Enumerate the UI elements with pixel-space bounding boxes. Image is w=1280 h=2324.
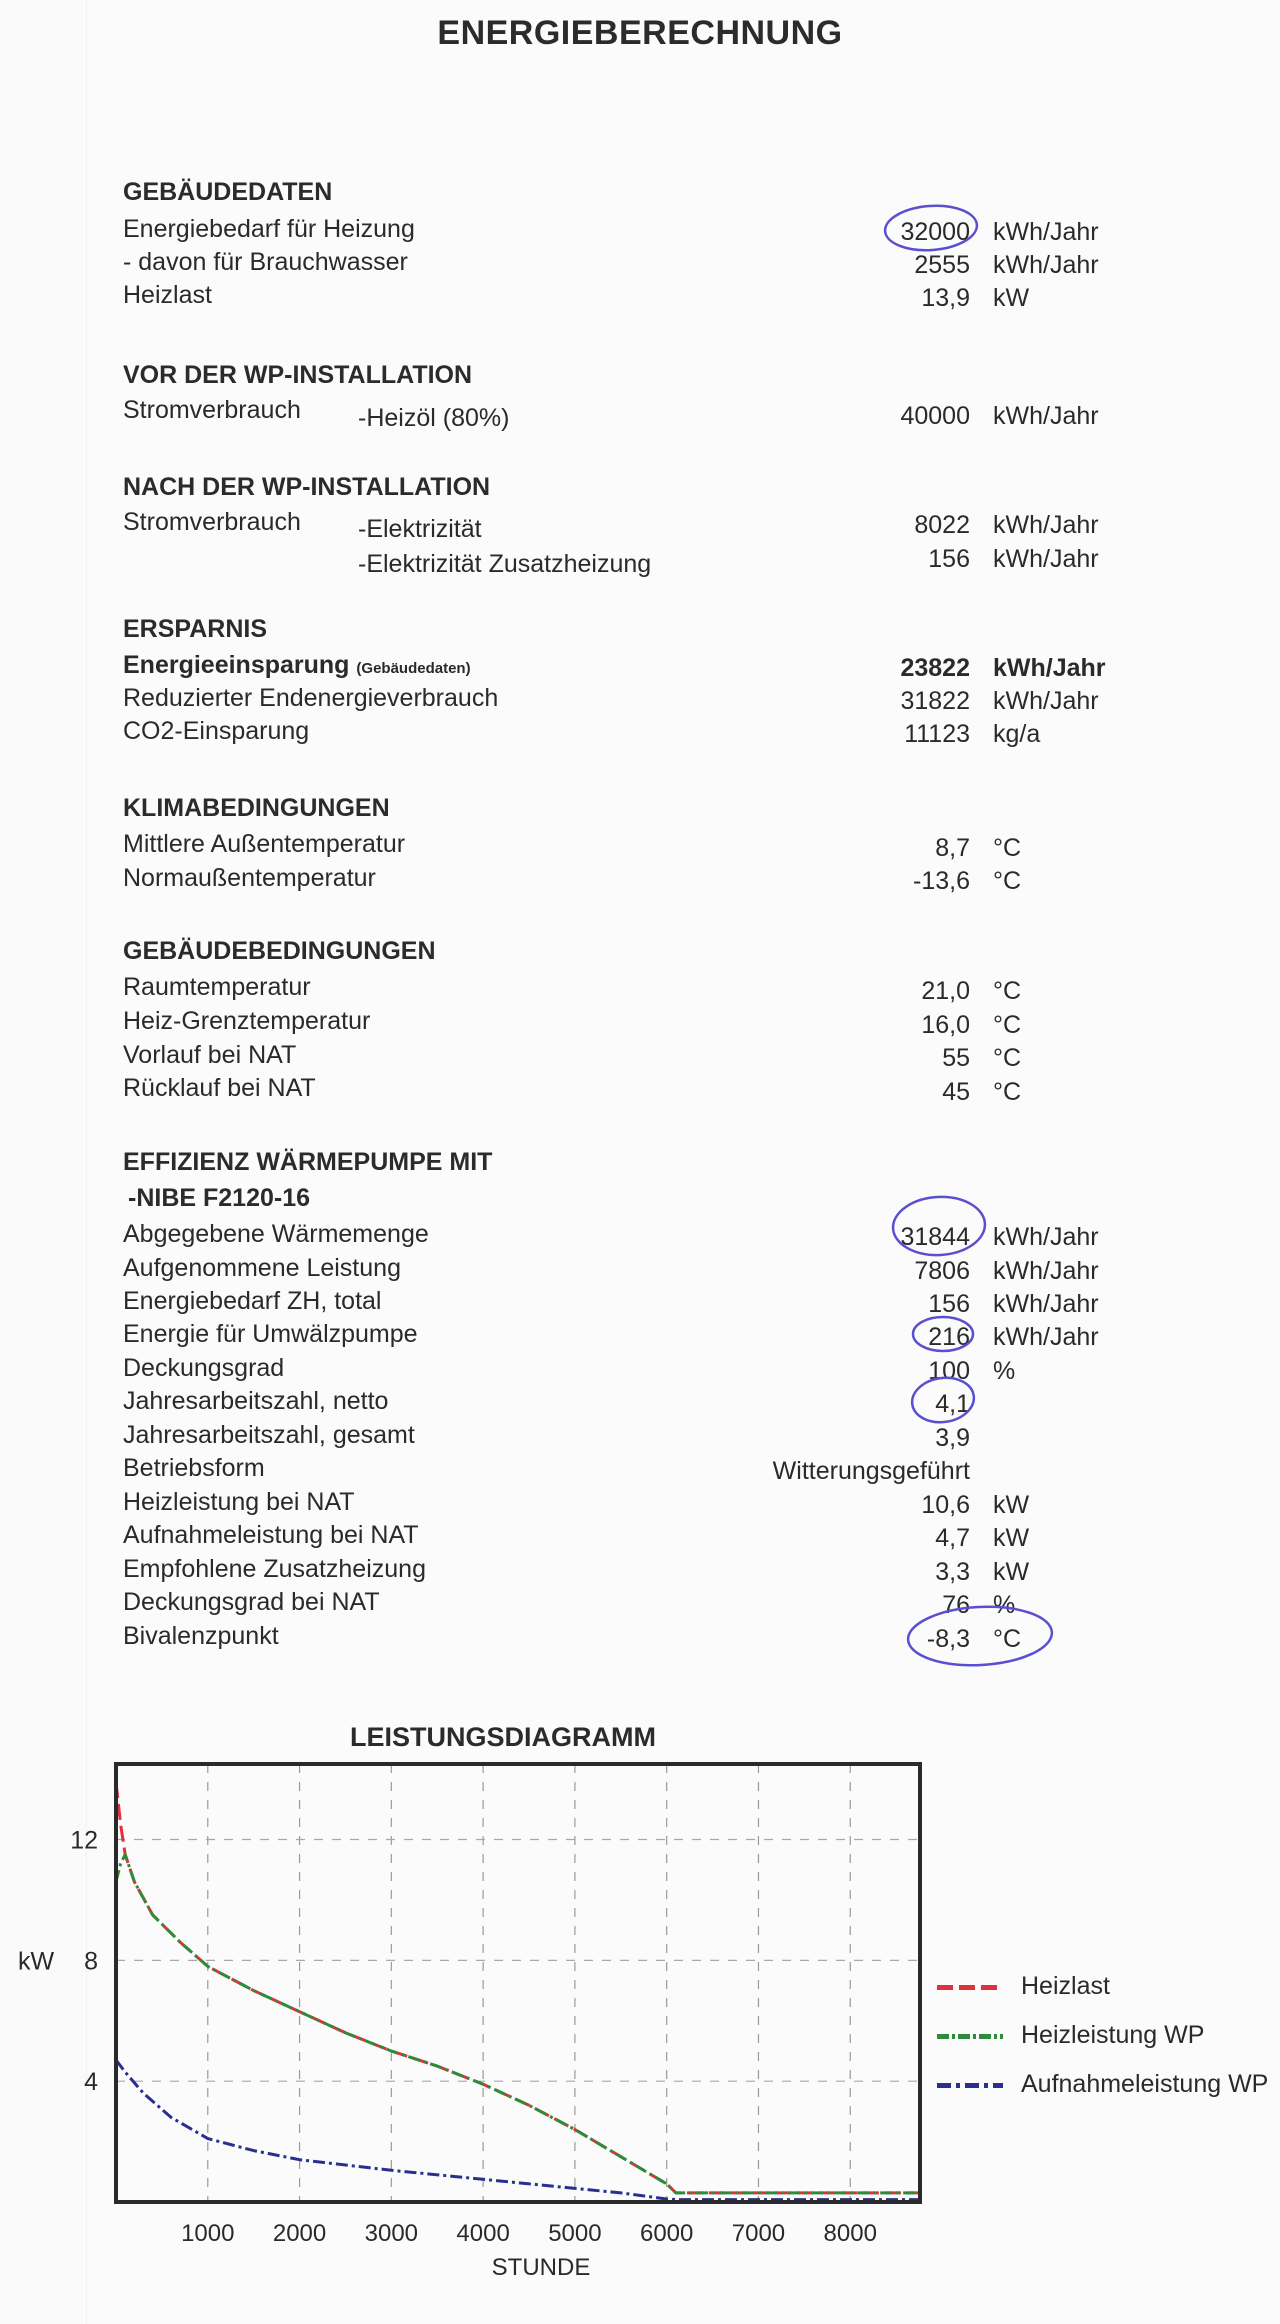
row-value: Witterungsgeführt bbox=[773, 1457, 970, 1486]
svg-text:5000: 5000 bbox=[548, 2220, 601, 2247]
legend-item-aufnahmeleistung: Aufnahmeleistung WP bbox=[937, 2070, 1268, 2099]
row-value: 32000 bbox=[900, 218, 970, 247]
row-value: 4,7 bbox=[935, 1524, 970, 1553]
row-value: -13,6 bbox=[913, 867, 970, 896]
heat-pump-model: -NIBE F2120-16 bbox=[128, 1184, 310, 1213]
row-unit: kW bbox=[993, 284, 1029, 313]
row-label: Abgegebene Wärmemenge bbox=[123, 1220, 429, 1249]
row-value: 23822 bbox=[900, 654, 970, 683]
row-value: 21,0 bbox=[921, 977, 970, 1006]
section-heading-gebaeudebedingungen: GEBÄUDEBEDINGUNGEN bbox=[123, 937, 436, 966]
row-value: 31822 bbox=[900, 687, 970, 716]
svg-text:2000: 2000 bbox=[273, 2220, 326, 2247]
svg-text:8000: 8000 bbox=[824, 2220, 877, 2247]
svg-text:1000: 1000 bbox=[181, 2220, 234, 2247]
row-unit: °C bbox=[993, 977, 1021, 1006]
row-label: Jahresarbeitszahl, netto bbox=[123, 1387, 388, 1416]
row-value: 45 bbox=[942, 1078, 970, 1107]
section-heading-gebaeudedaten: GEBÄUDEDATEN bbox=[123, 178, 332, 207]
row-unit: kWh/Jahr bbox=[993, 1323, 1099, 1352]
row-unit: °C bbox=[993, 1044, 1021, 1073]
svg-text:STUNDE: STUNDE bbox=[492, 2254, 591, 2281]
row-value: 100 bbox=[928, 1357, 970, 1386]
legend-item-heizleistung: Heizleistung WP bbox=[937, 2021, 1204, 2050]
row-unit: kW bbox=[993, 1524, 1029, 1553]
svg-text:3000: 3000 bbox=[365, 2220, 418, 2247]
row-value: 8,7 bbox=[935, 834, 970, 863]
row-value: 4,1 bbox=[935, 1390, 970, 1419]
row-label: Deckungsgrad bei NAT bbox=[123, 1588, 380, 1617]
row-unit: °C bbox=[993, 867, 1021, 896]
row-value: 156 bbox=[928, 1290, 970, 1319]
row-unit: kWh/Jahr bbox=[993, 218, 1099, 247]
row-label: Normaußentemperatur bbox=[123, 864, 376, 893]
row-value: 16,0 bbox=[921, 1011, 970, 1040]
row-unit: kWh/Jahr bbox=[993, 1290, 1099, 1319]
row-unit: kWh/Jahr bbox=[993, 654, 1106, 683]
row-sublabel: -Elektrizität Zusatzheizung bbox=[358, 550, 651, 579]
legend-swatch-green-dashdot bbox=[937, 2034, 1003, 2039]
row-label: Raumtemperatur bbox=[123, 973, 311, 1002]
row-label: Rücklauf bei NAT bbox=[123, 1074, 316, 1103]
row-label: Heiz-Grenztemperatur bbox=[123, 1007, 370, 1036]
row-value: 156 bbox=[928, 545, 970, 574]
legend-item-heizlast: Heizlast bbox=[937, 1972, 1110, 2001]
svg-text:6000: 6000 bbox=[640, 2220, 693, 2247]
row-value: 7806 bbox=[914, 1257, 970, 1286]
row-unit: kWh/Jahr bbox=[993, 402, 1099, 431]
svg-text:12: 12 bbox=[70, 1827, 98, 1855]
row-label: Heizlast bbox=[123, 281, 212, 310]
row-label: Deckungsgrad bbox=[123, 1354, 284, 1383]
row-label: Betriebsform bbox=[123, 1454, 265, 1483]
row-value: 31844 bbox=[900, 1223, 970, 1252]
row-label: Jahresarbeitszahl, gesamt bbox=[123, 1421, 415, 1450]
row-unit: °C bbox=[993, 834, 1021, 863]
legend-swatch-blue-dashdot bbox=[937, 2083, 1003, 2088]
row-label: Heizleistung bei NAT bbox=[123, 1488, 355, 1517]
row-unit: % bbox=[993, 1357, 1015, 1386]
row-value: 3,3 bbox=[935, 1558, 970, 1587]
row-unit: °C bbox=[993, 1078, 1021, 1107]
row-label: Vorlauf bei NAT bbox=[123, 1041, 296, 1070]
row-value: 3,9 bbox=[935, 1424, 970, 1453]
row-label: Energieeinsparung bbox=[123, 651, 349, 679]
row-label: Energiebedarf ZH, total bbox=[123, 1287, 381, 1316]
row-value: 10,6 bbox=[921, 1491, 970, 1520]
row-value: 8022 bbox=[914, 511, 970, 540]
svg-text:4: 4 bbox=[84, 2068, 98, 2096]
row-value: 216 bbox=[928, 1323, 970, 1352]
row-unit: kWh/Jahr bbox=[993, 1223, 1099, 1252]
row-value: 55 bbox=[942, 1044, 970, 1073]
section-heading-vor: VOR DER WP-INSTALLATION bbox=[123, 361, 472, 390]
section-heading-effizienz: EFFIZIENZ WÄRMEPUMPE MIT bbox=[123, 1148, 492, 1177]
row-label: Stromverbrauch bbox=[123, 396, 301, 425]
section-heading-ersparnis: ERSPARNIS bbox=[123, 615, 267, 644]
row-label-note: (Gebäudedaten) bbox=[356, 660, 470, 677]
row-unit: °C bbox=[993, 1011, 1021, 1040]
row-value: 40000 bbox=[900, 402, 970, 431]
row-unit: kW bbox=[993, 1491, 1029, 1520]
row-unit: kWh/Jahr bbox=[993, 687, 1099, 716]
row-label: CO2-Einsparung bbox=[123, 717, 309, 746]
row-unit: kWh/Jahr bbox=[993, 545, 1099, 574]
row-unit: kWh/Jahr bbox=[993, 251, 1099, 280]
row-label: Empfohlene Zusatzheizung bbox=[123, 1555, 426, 1584]
svg-text:kW: kW bbox=[18, 1947, 55, 1975]
svg-text:4000: 4000 bbox=[456, 2220, 509, 2247]
row-unit: kWh/Jahr bbox=[993, 1257, 1099, 1286]
row-label: Energiebedarf für Heizung bbox=[123, 215, 415, 244]
row-value: 13,9 bbox=[921, 284, 970, 313]
row-unit: kW bbox=[993, 1558, 1029, 1587]
row-value: -8,3 bbox=[927, 1625, 970, 1654]
row-label: Reduzierter Endenergieverbrauch bbox=[123, 684, 498, 713]
page-title: ENERGIEBERECHNUNG bbox=[0, 14, 1280, 53]
row-label: Mittlere Außentemperatur bbox=[123, 830, 405, 859]
performance-chart: 100020003000400050006000700080004812STUN… bbox=[0, 1700, 1280, 2324]
row-value: 2555 bbox=[914, 251, 970, 280]
row-unit: kWh/Jahr bbox=[993, 511, 1099, 540]
row-value: 76 bbox=[942, 1591, 970, 1620]
row-label: - davon für Brauchwasser bbox=[123, 248, 408, 277]
row-sublabel: -Elektrizität bbox=[358, 515, 482, 544]
legend-swatch-red-dashed bbox=[937, 1985, 1003, 1990]
section-heading-klima: KLIMABEDINGUNGEN bbox=[123, 794, 390, 823]
svg-text:7000: 7000 bbox=[732, 2220, 785, 2247]
row-label: Stromverbrauch bbox=[123, 508, 301, 537]
section-heading-nach: NACH DER WP-INSTALLATION bbox=[123, 473, 490, 502]
row-unit: °C bbox=[993, 1625, 1021, 1654]
row-unit: % bbox=[993, 1591, 1015, 1620]
svg-text:8: 8 bbox=[84, 1947, 98, 1975]
row-unit: kg/a bbox=[993, 720, 1040, 749]
row-label: Aufnahmeleistung bei NAT bbox=[123, 1521, 419, 1550]
row-sublabel: -Heizöl (80%) bbox=[358, 404, 509, 433]
row-value: 11123 bbox=[904, 720, 970, 749]
row-label: Aufgenommene Leistung bbox=[123, 1254, 401, 1283]
row-label-energieeinsparung: Energieeinsparung (Gebäudedaten) bbox=[123, 651, 471, 680]
row-label: Bivalenzpunkt bbox=[123, 1622, 279, 1651]
row-label: Energie für Umwälzpumpe bbox=[123, 1320, 418, 1349]
